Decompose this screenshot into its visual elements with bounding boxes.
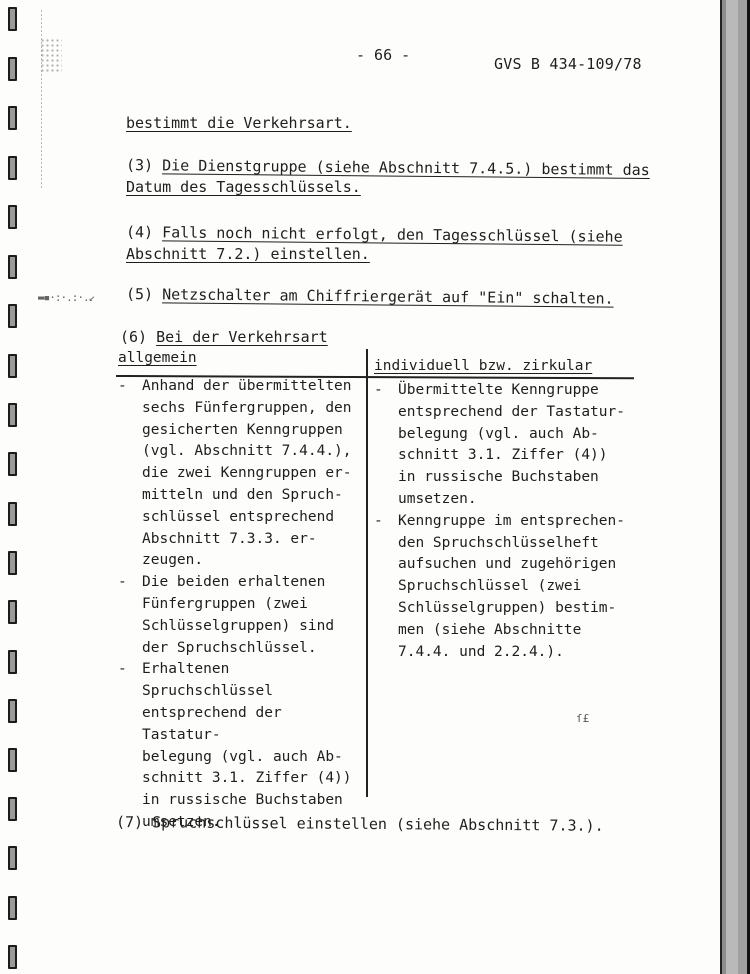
margin-mark: ſ£	[576, 712, 589, 725]
bullet-dash: -	[118, 376, 127, 398]
paragraph-number: (7)	[116, 813, 143, 831]
list-item-text: Übermittelte Kenngruppe entsprechend der…	[398, 382, 625, 507]
punch-hole	[8, 945, 17, 969]
punch-hole	[8, 304, 17, 328]
page-number: - 66 -	[356, 46, 410, 64]
table-column-right: - Übermittelte Kenngruppe entsprechend d…	[374, 380, 644, 663]
punch-hole	[8, 502, 17, 526]
punch-hole	[8, 896, 17, 920]
punch-hole	[8, 846, 17, 870]
punch-hole	[8, 452, 17, 476]
list-item: - Anhand der übermittelten sechs Fünferg…	[118, 376, 368, 572]
punch-hole	[8, 551, 17, 575]
list-item: - Übermittelte Kenngruppe entsprechend d…	[374, 380, 644, 511]
list-item: - Kenngruppe im entsprechen- den Spruchs…	[374, 511, 644, 664]
scan-speckle	[40, 38, 62, 74]
punch-hole	[8, 699, 17, 723]
paragraph-2-end: bestimmt die Verkehrsart.	[126, 114, 352, 132]
paragraph-3: (3) Die Dienstgruppe (siehe Abschnitt 7.…	[126, 156, 650, 179]
paragraph-number: (5)	[126, 285, 153, 303]
punch-hole	[8, 255, 17, 279]
punch-hole	[8, 156, 17, 180]
list-item-text: Anhand der übermittelten sechs Fünfergru…	[142, 378, 352, 568]
punch-hole	[8, 57, 17, 81]
punch-hole	[8, 748, 17, 772]
page-edge-shadow	[720, 0, 750, 974]
paragraph-text: Datum des Tagesschlüssels.	[126, 178, 361, 196]
paragraph-text: Netzschalter am Chiffriergerät auf "Ein"…	[162, 285, 614, 307]
paragraph-number: (3)	[126, 156, 153, 174]
paragraph-4-line-2: Abschnitt 7.2.) einstellen.	[126, 245, 370, 263]
table-header-left: allgemein	[118, 350, 197, 366]
document-page: - 66 - GVS B 434-109/78 bestimmt die Ver…	[0, 0, 750, 974]
scan-artifact-line	[41, 10, 42, 190]
paragraph-number: (4)	[126, 223, 153, 241]
punch-hole	[8, 354, 17, 378]
punch-hole	[8, 106, 17, 130]
table-header-right: individuell bzw. zirkular	[374, 358, 592, 374]
list-item-text: Kenngruppe im entsprechen- den Spruchsch…	[398, 513, 625, 660]
paragraph-4: (4) Falls noch nicht erfolgt, den Tagess…	[126, 223, 623, 246]
bullet-dash: -	[118, 659, 127, 681]
list-item-text: Die beiden erhaltenen Fünfergruppen (zwe…	[142, 574, 334, 655]
bullet-dash: -	[374, 511, 383, 533]
bullet-dash: -	[374, 380, 383, 402]
paragraph-6: (6) Bei der Verkehrsart	[120, 328, 328, 346]
list-item-text: Erhaltenen Spruchschlüssel entsprechend …	[142, 661, 352, 830]
paragraph-text: Falls noch nicht erfolgt, den Tagesschlü…	[162, 223, 623, 245]
paragraph-7: (7) Spruchschlüssel einstellen (siehe Ab…	[116, 813, 604, 835]
paragraph-text: Spruchschlüssel einstellen (siehe Abschn…	[152, 813, 604, 835]
punch-hole	[8, 650, 17, 674]
paragraph-5: (5) Netzschalter am Chiffriergerät auf "…	[126, 285, 614, 308]
scan-noise: ▬▪·:·.:·.↙	[38, 291, 94, 304]
document-id: GVS B 434-109/78	[494, 55, 642, 73]
paragraph-text: Bei der Verkehrsart	[156, 328, 328, 346]
punch-hole	[8, 403, 17, 427]
list-item: - Die beiden erhaltenen Fünfergruppen (z…	[118, 572, 368, 659]
punch-hole	[8, 7, 17, 31]
table-column-left: - Anhand der übermittelten sechs Fünferg…	[118, 376, 368, 834]
list-item: - Erhaltenen Spruchschlüssel entsprechen…	[118, 659, 368, 833]
punch-hole	[8, 797, 17, 821]
paragraph-text: Abschnitt 7.2.) einstellen.	[126, 245, 370, 263]
paragraph-text: Die Dienstgruppe (siehe Abschnitt 7.4.5.…	[162, 156, 650, 179]
bullet-dash: -	[118, 572, 127, 594]
paragraph-text: bestimmt die Verkehrsart.	[126, 114, 352, 132]
punch-hole	[8, 600, 17, 624]
paragraph-3-line-2: Datum des Tagesschlüssels.	[126, 178, 361, 196]
punch-hole	[8, 205, 17, 229]
paragraph-number: (6)	[120, 328, 147, 346]
